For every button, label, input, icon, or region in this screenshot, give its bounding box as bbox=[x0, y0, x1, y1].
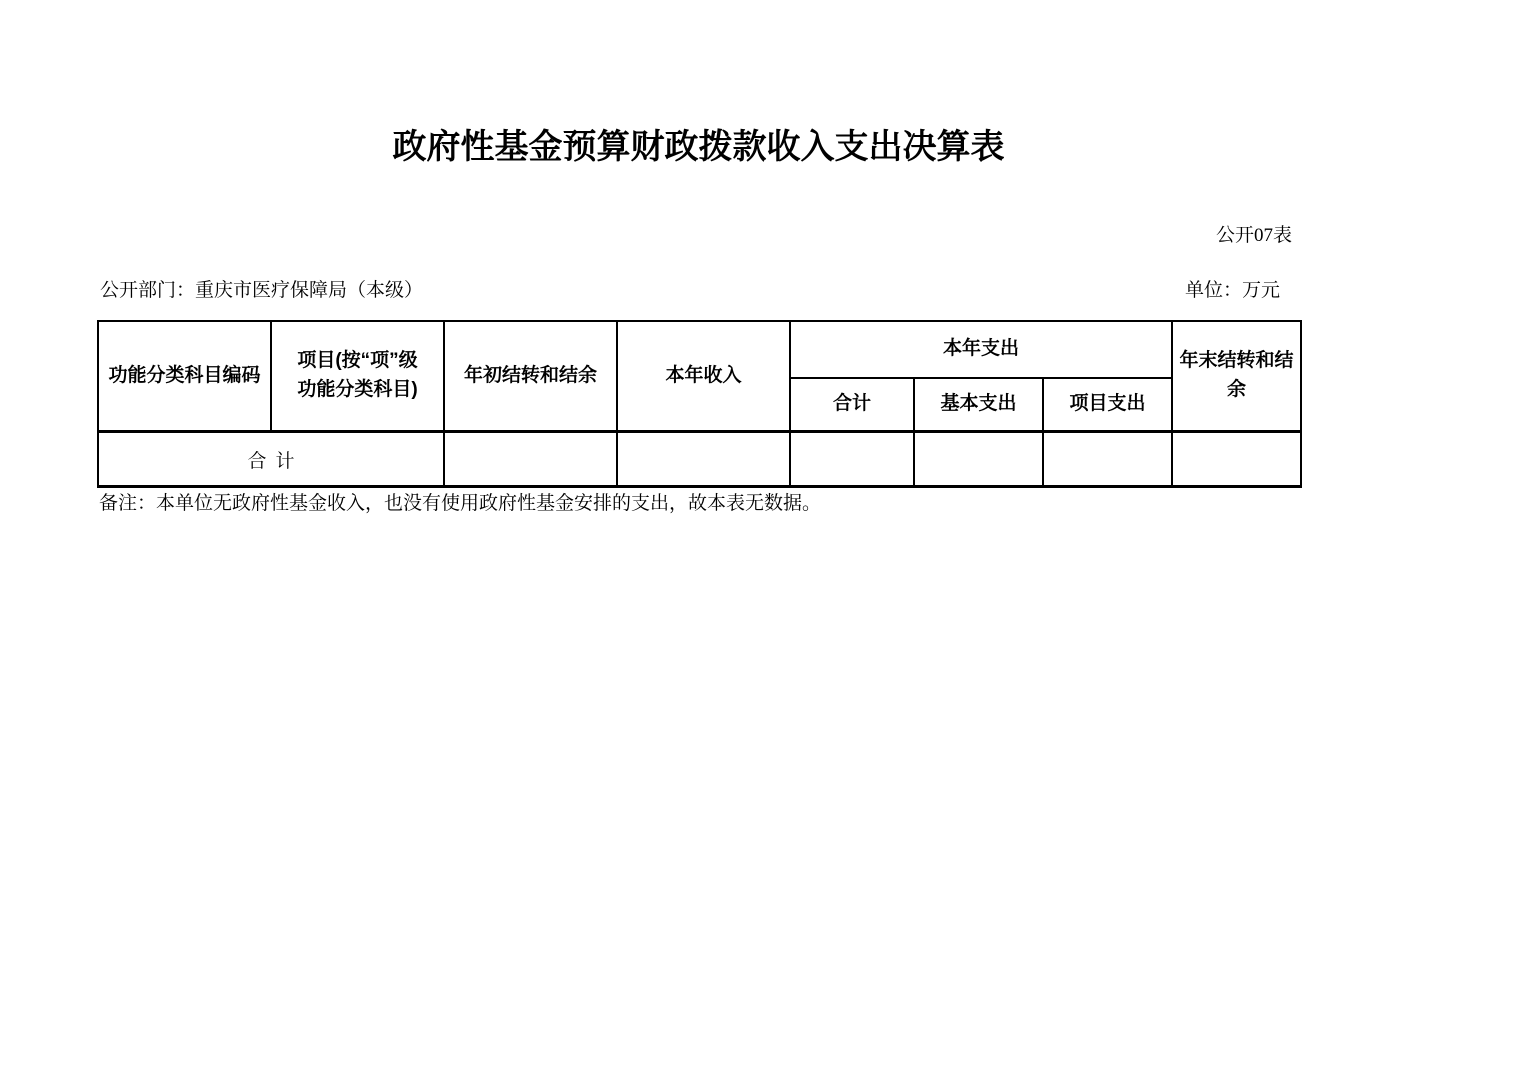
header-expense-basic: 基本支出 bbox=[914, 378, 1043, 432]
header-current-year-income: 本年收入 bbox=[617, 321, 790, 432]
document-page: 政府性基金预算财政拨款收入支出决算表 公开07表 公开部门：重庆市医疗保障局（本… bbox=[0, 0, 1520, 1074]
cell-expense-total bbox=[790, 432, 914, 487]
sheet-number-label: 公开07表 bbox=[97, 224, 1300, 249]
header-beginning-balance: 年初结转和结余 bbox=[444, 321, 617, 432]
page-title: 政府性基金预算财政拨款收入支出决算表 bbox=[97, 0, 1300, 170]
budget-table: 功能分类科目编码 项目(按“项”级 功能分类科目) 年初结转和结余 本年收入 本… bbox=[97, 320, 1302, 489]
header-expense-project: 项目支出 bbox=[1043, 378, 1172, 432]
cell-current-year-income bbox=[617, 432, 790, 487]
cell-beginning-balance bbox=[444, 432, 617, 487]
table-row-total: 合计 bbox=[98, 432, 1301, 487]
header-item: 项目(按“项”级 功能分类科目) bbox=[271, 321, 444, 432]
note-text: 备注：本单位无政府性基金收入，也没有使用政府性基金安排的支出，故本表无数据。 bbox=[97, 492, 1300, 517]
cell-expense-basic bbox=[914, 432, 1043, 487]
department-label: 公开部门：重庆市医疗保障局（本级） bbox=[97, 279, 423, 304]
header-current-year-expense: 本年支出 bbox=[790, 321, 1172, 378]
row-label-total: 合计 bbox=[98, 432, 444, 487]
header-function-code: 功能分类科目编码 bbox=[98, 321, 271, 432]
header-yearend-balance: 年末结转和结 余 bbox=[1172, 321, 1301, 432]
header-row-1: 功能分类科目编码 项目(按“项”级 功能分类科目) 年初结转和结余 本年收入 本… bbox=[98, 321, 1301, 378]
page-content: 政府性基金预算财政拨款收入支出决算表 公开07表 公开部门：重庆市医疗保障局（本… bbox=[97, 0, 1300, 517]
meta-row: 公开部门：重庆市医疗保障局（本级） 单位：万元 bbox=[97, 279, 1300, 304]
cell-yearend-balance bbox=[1172, 432, 1301, 487]
header-expense-total: 合计 bbox=[790, 378, 914, 432]
unit-label: 单位：万元 bbox=[1185, 279, 1300, 304]
cell-expense-project bbox=[1043, 432, 1172, 487]
